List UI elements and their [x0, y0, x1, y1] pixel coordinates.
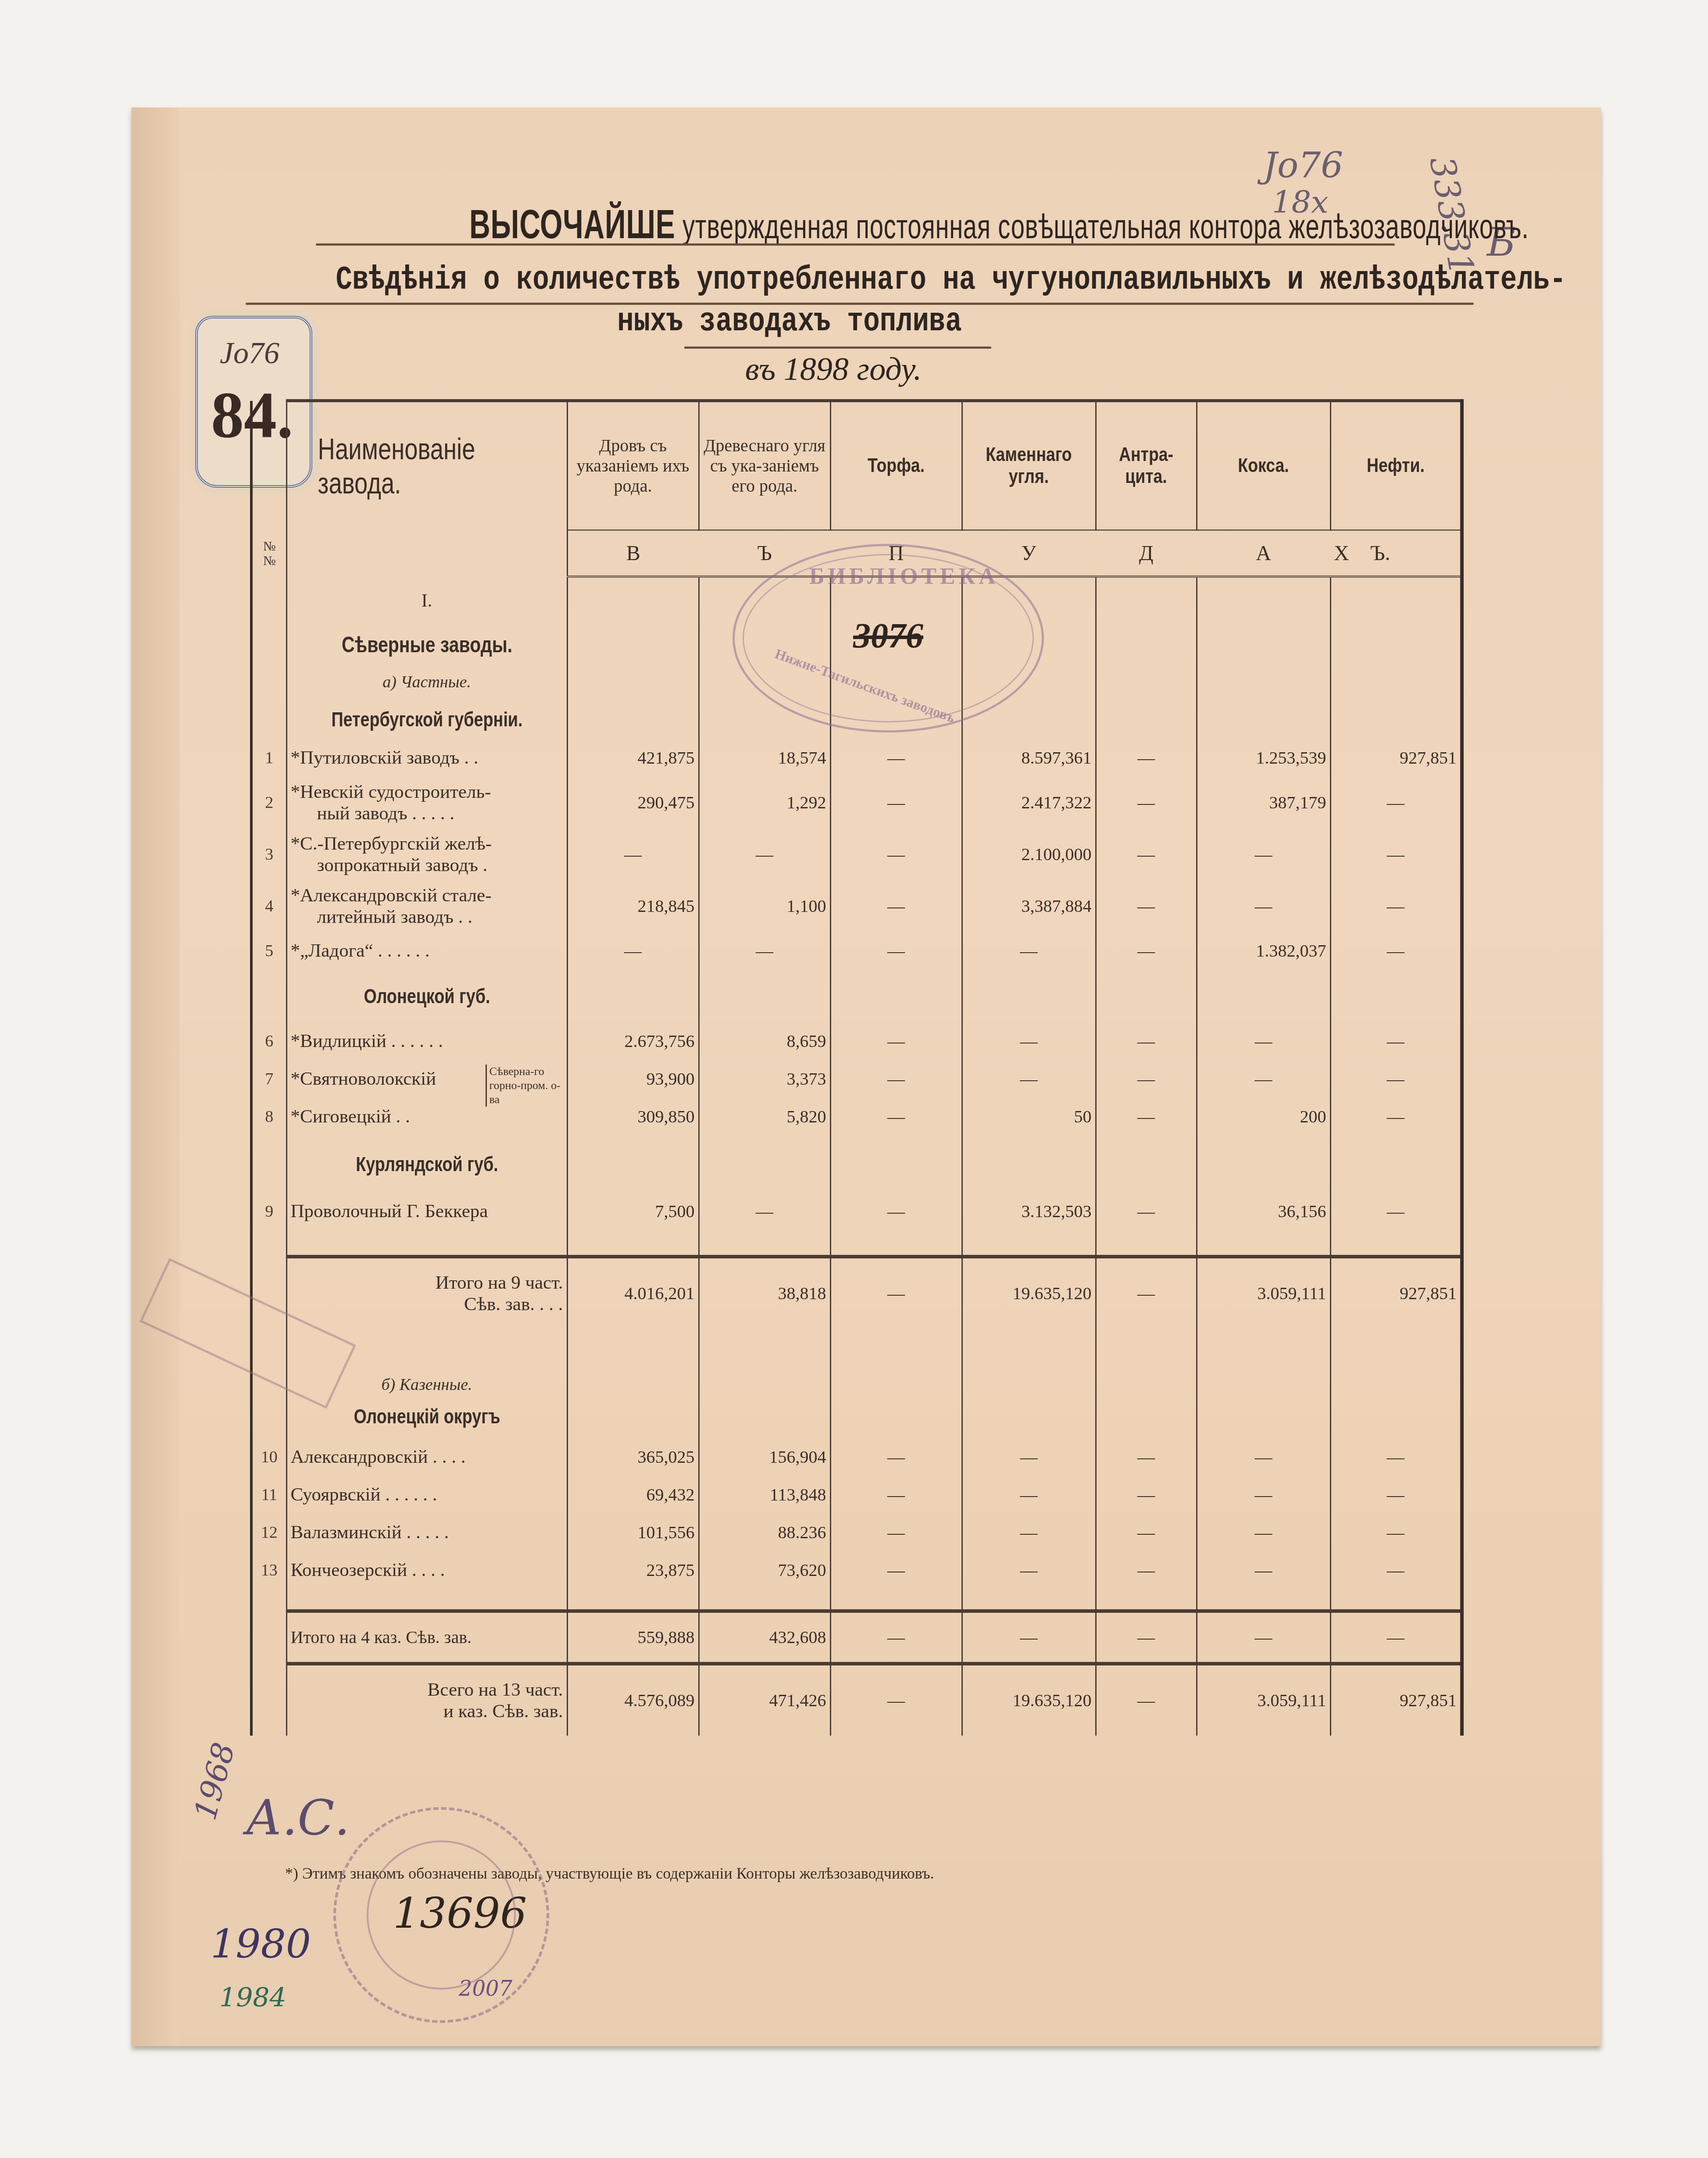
- table-row: 1*Путиловскій заводъ . . 421,87518,574—8…: [251, 739, 1462, 777]
- col-factory-name: Наименованіе завода.: [314, 401, 539, 530]
- table-row: 13Кончеозерскій . . . . 23,87573,620————…: [251, 1551, 1462, 1589]
- label-catalog-number: Jo76: [220, 336, 279, 371]
- table-row: 11Суоярвскій . . . . . . 69,432113,848——…: [251, 1476, 1462, 1514]
- col-charcoal: Древеснаго угля съ ука-заніемъ его рода.: [699, 401, 830, 530]
- handwritten-year-3: 1984: [219, 1983, 286, 2013]
- report-subtitle-line1: Свѣдѣнія о количествѣ употребленнаго на …: [336, 261, 1397, 299]
- table-row: 6*Видлицкій . . . . . . 2.673,7568,659——…: [251, 1022, 1462, 1060]
- library-stamp-oval: БИБЛІОТЕКА Нижне-Тагильскихъ заводовъ 30…: [733, 544, 1044, 732]
- total-private-row: Итого на 9 част.Сѣв. зав. . . . 4.016,20…: [251, 1257, 1462, 1329]
- grand-total-row: Всего на 13 част.и каз. Сѣв. зав. 4.576,…: [251, 1664, 1462, 1736]
- unit-letter: А: [1197, 530, 1330, 577]
- library-stamp-round: 13696 2007: [333, 1807, 549, 2023]
- province-heading: Петербугской губерніи.: [315, 707, 538, 731]
- handwritten-initials: А.С.: [246, 1790, 350, 1846]
- table-row: 12Валазминскій . . . . . 101,55688.236——…: [251, 1514, 1462, 1551]
- handwritten-catalog-number: Jo76: [1263, 145, 1343, 186]
- col-anthracite: Антра-цита.: [1103, 401, 1189, 530]
- unit-letter: Х Ъ.: [1330, 530, 1462, 577]
- title-underline: [316, 243, 1395, 246]
- section-title: Сѣверные заводы.: [315, 632, 538, 657]
- table-row: 7*СвятноволокскійСѣверна-го горно-пром. …: [251, 1060, 1462, 1098]
- unit-letter: В: [567, 530, 699, 577]
- table-row: 8*Сиговецкій . . 309,8505,820—50—200—: [251, 1098, 1462, 1136]
- col-coke: Кокса.: [1207, 401, 1320, 530]
- province-heading: Олонецкой губ.: [315, 984, 538, 1008]
- col-peat: Торфа.: [840, 401, 952, 530]
- table-row: 9Проволочный Г. Беккера 7,500——3.132,503…: [251, 1193, 1462, 1230]
- col-firewood: Дровъ съ указаніемъ ихъ рода.: [567, 401, 699, 530]
- table-row: 3*С.-Петербургскій желѣ-зопрокатный заво…: [251, 829, 1462, 880]
- report-subtitle-line2: ныхъ заводахъ топлива: [610, 303, 969, 340]
- table-row: 10Александровскій . . . . 365,025156,904…: [251, 1438, 1462, 1476]
- okrug-heading: Олонецкій округъ: [315, 1404, 538, 1428]
- unit-letter: Д: [1096, 530, 1197, 577]
- subtitle2-underline: [684, 347, 991, 349]
- brace-note: Сѣверна-го горно-пром. о-ва: [486, 1065, 564, 1107]
- province-heading: Курляндской губ.: [315, 1152, 538, 1176]
- col-oil: Нефти.: [1340, 401, 1452, 530]
- table-row: 2*Невскій судостроитель-ный заводъ . . .…: [251, 777, 1462, 829]
- section-number: I.: [286, 577, 567, 625]
- col-number-label: №№: [251, 530, 286, 577]
- table-row: 5*„Ладога“ . . . . . . —————1.382,037—: [251, 932, 1462, 970]
- total-state-row: Итого на 4 каз. Сѣв. зав. 559,888432,608…: [251, 1611, 1462, 1664]
- report-year: въ 1898 году.: [680, 351, 987, 388]
- table-row: 4*Александровскій стале-литейный заводъ …: [251, 880, 1462, 932]
- col-number-header: [251, 401, 286, 530]
- office-title: ВЫСОЧАЙШЕ утвержденная постоянная совѣща…: [469, 202, 1259, 248]
- group-private: а) Частные.: [286, 665, 567, 700]
- handwritten-year-2: 1980: [211, 1921, 311, 1967]
- col-coal: Каменнаго угля.: [972, 401, 1086, 530]
